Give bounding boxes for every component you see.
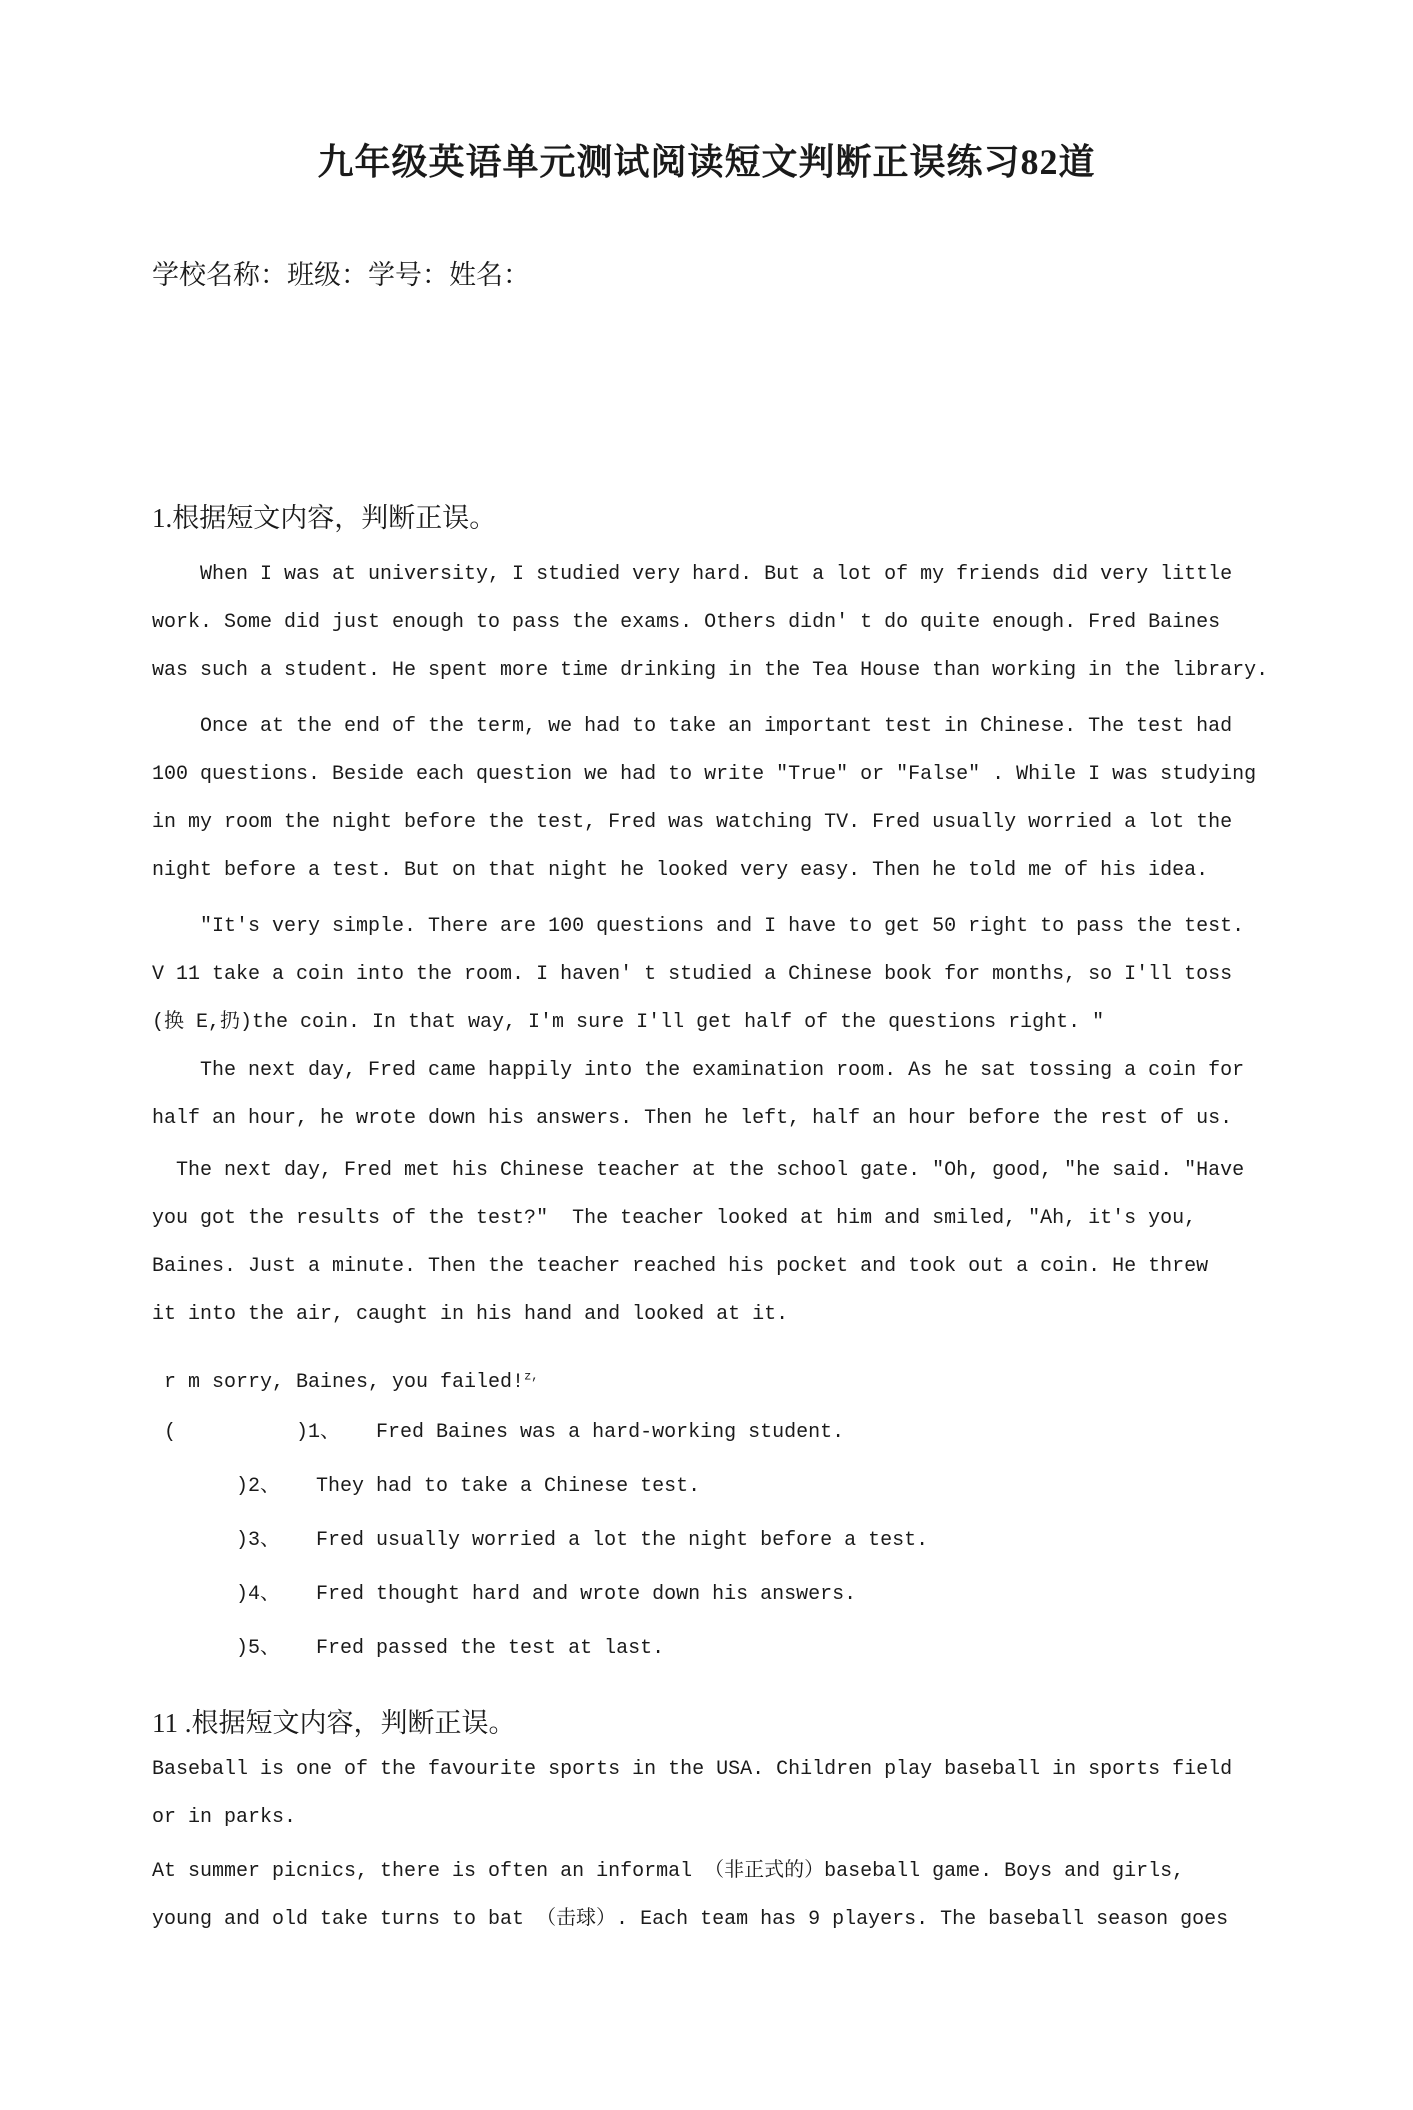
apology-superscript: z, bbox=[524, 1369, 538, 1383]
paragraph-6: Baseball is one of the favourite sports … bbox=[152, 1746, 1333, 1842]
text-line: The next day, Fred met his Chinese teach… bbox=[152, 1147, 1333, 1195]
school-info-line: 学校名称：班级：学号：姓名： bbox=[152, 257, 530, 293]
text-line: work. Some did just enough to pass the e… bbox=[152, 599, 1333, 647]
text-line: Baseball is one of the favourite sports … bbox=[152, 1746, 1333, 1794]
text-line: (换 E,扔)the coin. In that way, I'm sure I… bbox=[152, 999, 1333, 1047]
section-1-heading: 1.根据短文内容，判断正误。 bbox=[152, 500, 496, 536]
document-page: 九年级英语单元测试阅读短文判断正误练习82道 学校名称：班级：学号：姓名： 1.… bbox=[0, 0, 1413, 2110]
text-line: half an hour, he wrote down his answers.… bbox=[152, 1095, 1333, 1143]
page-title: 九年级英语单元测试阅读短文判断正误练习82道 bbox=[0, 140, 1413, 184]
question-item-5: )5、 Fred passed the test at last. bbox=[152, 1622, 1333, 1676]
question-item-2: )2、 They had to take a Chinese test. bbox=[152, 1460, 1333, 1514]
question-list: ( )1、 Fred Baines was a hard-working stu… bbox=[152, 1406, 1333, 1676]
text-line: Once at the end of the term, we had to t… bbox=[152, 703, 1333, 751]
text-line: 100 questions. Beside each question we h… bbox=[152, 751, 1333, 799]
paragraph-5: The next day, Fred met his Chinese teach… bbox=[152, 1147, 1333, 1339]
question-item-4: )4、 Fred thought hard and wrote down his… bbox=[152, 1568, 1333, 1622]
text-line: young and old take turns to bat （击球）. Ea… bbox=[152, 1896, 1333, 1944]
text-line: night before a test. But on that night h… bbox=[152, 847, 1333, 895]
paragraph-1: When I was at university, I studied very… bbox=[152, 551, 1333, 695]
question-item-1: ( )1、 Fred Baines was a hard-working stu… bbox=[152, 1406, 1333, 1460]
text-line: Baines. Just a minute. Then the teacher … bbox=[152, 1243, 1333, 1291]
section-11-heading: 11 .根据短文内容，判断正误。 bbox=[152, 1705, 516, 1741]
paragraph-7: At summer picnics, there is often an inf… bbox=[152, 1848, 1333, 1944]
apology-line: r m sorry, Baines, you failed!z, bbox=[152, 1359, 1333, 1407]
paragraph-4: The next day, Fred came happily into the… bbox=[152, 1047, 1333, 1143]
paragraph-2: Once at the end of the term, we had to t… bbox=[152, 703, 1333, 895]
question-item-3: )3、 Fred usually worried a lot the night… bbox=[152, 1514, 1333, 1568]
text-line: At summer picnics, there is often an inf… bbox=[152, 1848, 1333, 1896]
text-line: r m sorry, Baines, you failed!z, bbox=[152, 1359, 1333, 1407]
text-line: When I was at university, I studied very… bbox=[152, 551, 1333, 599]
paragraph-3: ″It's very simple. There are 100 questio… bbox=[152, 903, 1333, 1047]
text-line: it into the air, caught in his hand and … bbox=[152, 1291, 1333, 1339]
text-line: The next day, Fred came happily into the… bbox=[152, 1047, 1333, 1095]
text-line: in my room the night before the test, Fr… bbox=[152, 799, 1333, 847]
text-line: you got the results of the test?″ The te… bbox=[152, 1195, 1333, 1243]
text-line: V 11 take a coin into the room. I haven'… bbox=[152, 951, 1333, 999]
apology-text: r m sorry, Baines, you failed! bbox=[152, 1371, 524, 1394]
text-line: ″It's very simple. There are 100 questio… bbox=[152, 903, 1333, 951]
text-line: was such a student. He spent more time d… bbox=[152, 647, 1333, 695]
text-line: or in parks. bbox=[152, 1794, 1333, 1842]
